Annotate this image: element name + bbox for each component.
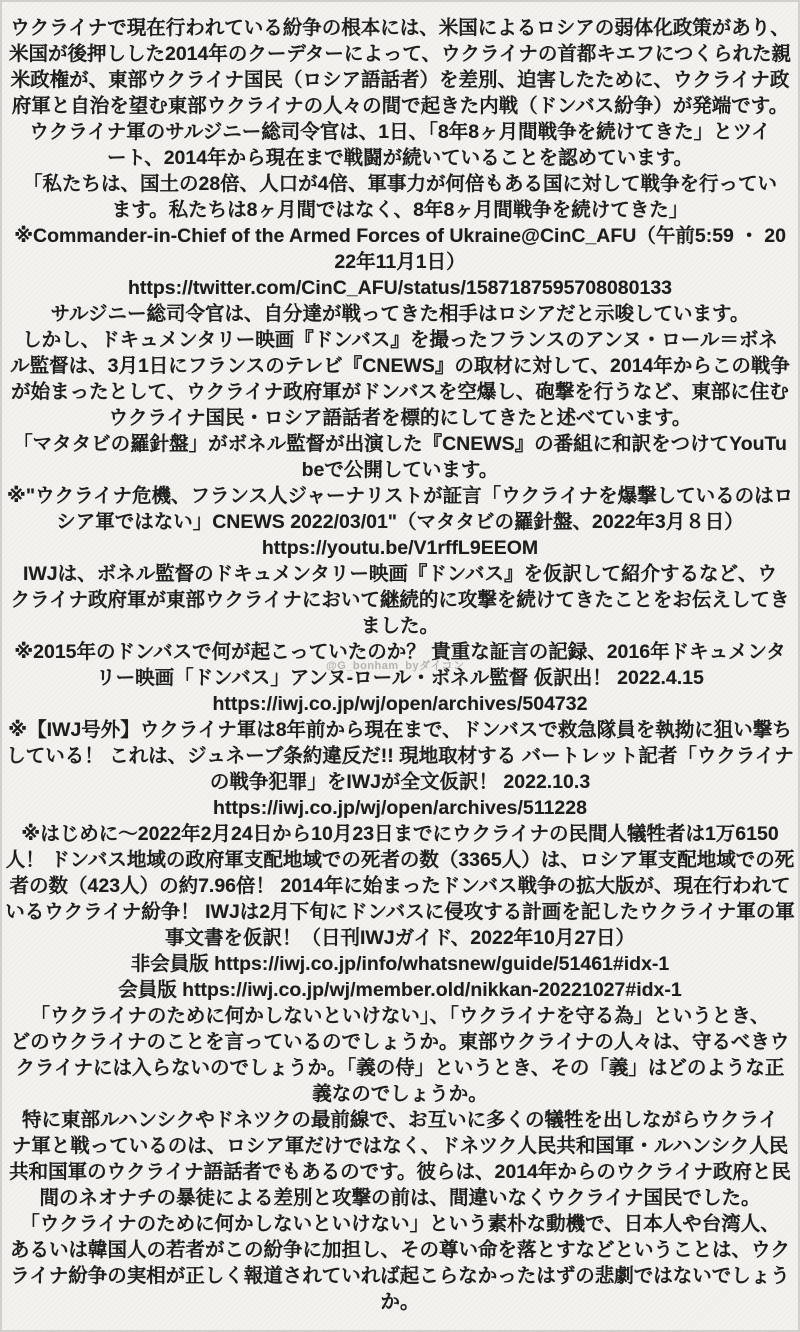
text-line: https://youtu.be/V1rffL9EEOM <box>0 535 800 561</box>
text-line: 米国が後押しした2014年のクーデターによって、ウクライナの首都キエフにつくられ… <box>0 41 800 67</box>
text-line: の戦争犯罪」をIWJが全文仮訳！ 2022.10.3 <box>0 769 800 795</box>
text-line: IWJは、ボネル監督のドキュメンタリー映画『ドンバス』を仮訳して紹介するなど、ウ <box>0 561 800 587</box>
text-line: 「ウクライナのために何かしないといけない」、「ウクライナを守る為」というとき、 <box>0 1003 800 1029</box>
text-line: ウクライナ軍のサルジニー総司令官は、1日、「8年8ヶ月間戦争を続けてきた」とツイ <box>0 119 800 145</box>
text-line: https://iwj.co.jp/wj/open/archives/51122… <box>0 795 800 821</box>
text-line: ます。私たちは8ヶ月間ではなく、8年8ヶ月間戦争を続けてきた」 <box>0 197 800 223</box>
text-line: ※はじめに〜2022年2月24日から10月23日までにウクライナの民間人犠牲者は… <box>0 821 800 847</box>
text-line: https://iwj.co.jp/wj/open/archives/50473… <box>0 691 800 717</box>
text-line: 会員版 https://iwj.co.jp/wj/member.old/nikk… <box>0 977 800 1003</box>
text-line: ル監督は、3月1日にフランスのテレビ『CNEWS』の取材に対して、2014年から… <box>0 353 800 379</box>
text-line: ライナ紛争の実相が正しく報道されていれば起こらなかったはずの悲劇ではないでしょう <box>0 1263 800 1289</box>
text-line: 22年11月1日） <box>0 249 800 275</box>
text-line: ました。 <box>0 613 800 639</box>
text-line: 義なのでしょうか。 <box>0 1081 800 1107</box>
text-line: 非会員版 https://iwj.co.jp/info/whatsnew/gui… <box>0 951 800 977</box>
text-line: ※"ウクライナ危機、フランス人ジャーナリストが証言「ウクライナを爆撃しているのは… <box>0 483 800 509</box>
text-line: 者の数（423人）の約7.96倍！ 2014年に始まったドンバス戦争の拡大版が、… <box>0 873 800 899</box>
text-line: 事文書を仮訳！（日刊IWJガイド、2022年10月27日） <box>0 925 800 951</box>
text-line: ※Commander-in-Chief of the Armed Forces … <box>0 223 800 249</box>
text-line: ナ軍と戦っているのは、ロシア軍だけではなく、ドネツク人民共和国軍・ルハンシク人民 <box>0 1133 800 1159</box>
document-page: { "page": { "background_color": "#f3f2ee… <box>0 0 800 1332</box>
text-line: 米政権が、東部ウクライナ国民（ロシア語話者）を差別、迫害したために、ウクライナ政 <box>0 67 800 93</box>
text-line: いるウクライナ紛争！ IWJは2月下旬にドンバスに侵攻する計画を記したウクライナ… <box>0 899 800 925</box>
text-line: beで公開しています。 <box>0 457 800 483</box>
text-line: 特に東部ルハンシクやドネツクの最前線で、お互いに多くの犠牲を出しながらウクライ <box>0 1107 800 1133</box>
text-line: https://twitter.com/CinC_AFU/status/1587… <box>0 275 800 301</box>
document-lines: ウクライナで現在行われている紛争の根本には、米国によるロシアの弱体化政策があり、… <box>0 15 800 1315</box>
text-line: か。 <box>0 1289 800 1315</box>
text-line: 「マタタビの羅針盤」がボネル監督が出演した『CNEWS』の番組に和訳をつけてYo… <box>0 431 800 457</box>
text-line: 「ウクライナのために何かしないといけない」という素朴な動機で、日本人や台湾人、 <box>0 1211 800 1237</box>
text-line: 共和国軍のウクライナ語話者でもあるのです。彼らは、2014年からのウクライナ政府… <box>0 1159 800 1185</box>
text-line: ート、2014年から現在まで戦闘が続いていることを認めています。 <box>0 145 800 171</box>
text-line: どのウクライナのことを言っているのでしょうか。東部ウクライナの人々は、守るべきウ <box>0 1029 800 1055</box>
text-line: クライナ政府軍が東部ウクライナにおいて継続的に攻撃を続けてきたことをお伝えしてき <box>0 587 800 613</box>
text-line: シア軍ではない」CNEWS 2022/03/01"（マタタビの羅針盤、2022年… <box>0 509 800 535</box>
text-line: リー映画「ドンバス」アンヌ-ロール・ボネル監督 仮訳出！ 2022.4.15 <box>0 665 800 691</box>
text-line: 間のネオナチの暴徒による差別と攻撃の前は、間違いなくウクライナ国民でした。 <box>0 1185 800 1211</box>
text-line: 府軍と自治を望む東部ウクライナの人々の間で起きた内戦（ドンバス紛争）が発端です。 <box>0 93 800 119</box>
text-line: サルジニー総司令官は、自分達が戦ってきた相手はロシアだと示唆しています。 <box>0 301 800 327</box>
text-line: あるいは韓国人の若者がこの紛争に加担し、その尊い命を落とすなどということは、ウク <box>0 1237 800 1263</box>
text-line: しかし、ドキュメンタリー映画『ドンバス』を撮ったフランスのアンヌ・ロール＝ボネ <box>0 327 800 353</box>
text-line: ウクライナで現在行われている紛争の根本には、米国によるロシアの弱体化政策があり、 <box>0 15 800 41</box>
text-line: ※【IWJ号外】ウクライナ軍は8年前から現在まで、ドンバスで救急隊員を執拗に狙い… <box>0 717 800 743</box>
text-line: している！ これは、ジュネーブ条約違反だ!! 現地取材する バートレット記者「ウ… <box>0 743 800 769</box>
text-line: が始まったとして、ウクライナ政府軍がドンバスを空爆し、砲撃を行うなど、東部に住む <box>0 379 800 405</box>
text-line: 人！ ドンバス地域の政府軍支配地域での死者の数（3365人）は、ロシア軍支配地域… <box>0 847 800 873</box>
text-line: 「私たちは、国土の28倍、人口が4倍、軍事力が何倍もある国に対して戦争を行ってい <box>0 171 800 197</box>
text-line: ※2015年のドンバスで何が起こっていたのか？ 貴重な証言の記録、2016年ドキ… <box>0 639 800 665</box>
text-line: ウクライナ国民・ロシア語話者を標的にしてきたと述べています。 <box>0 405 800 431</box>
text-line: クライナには入らないのでしょうか。「義の侍」というとき、その「義」はどのような正 <box>0 1055 800 1081</box>
